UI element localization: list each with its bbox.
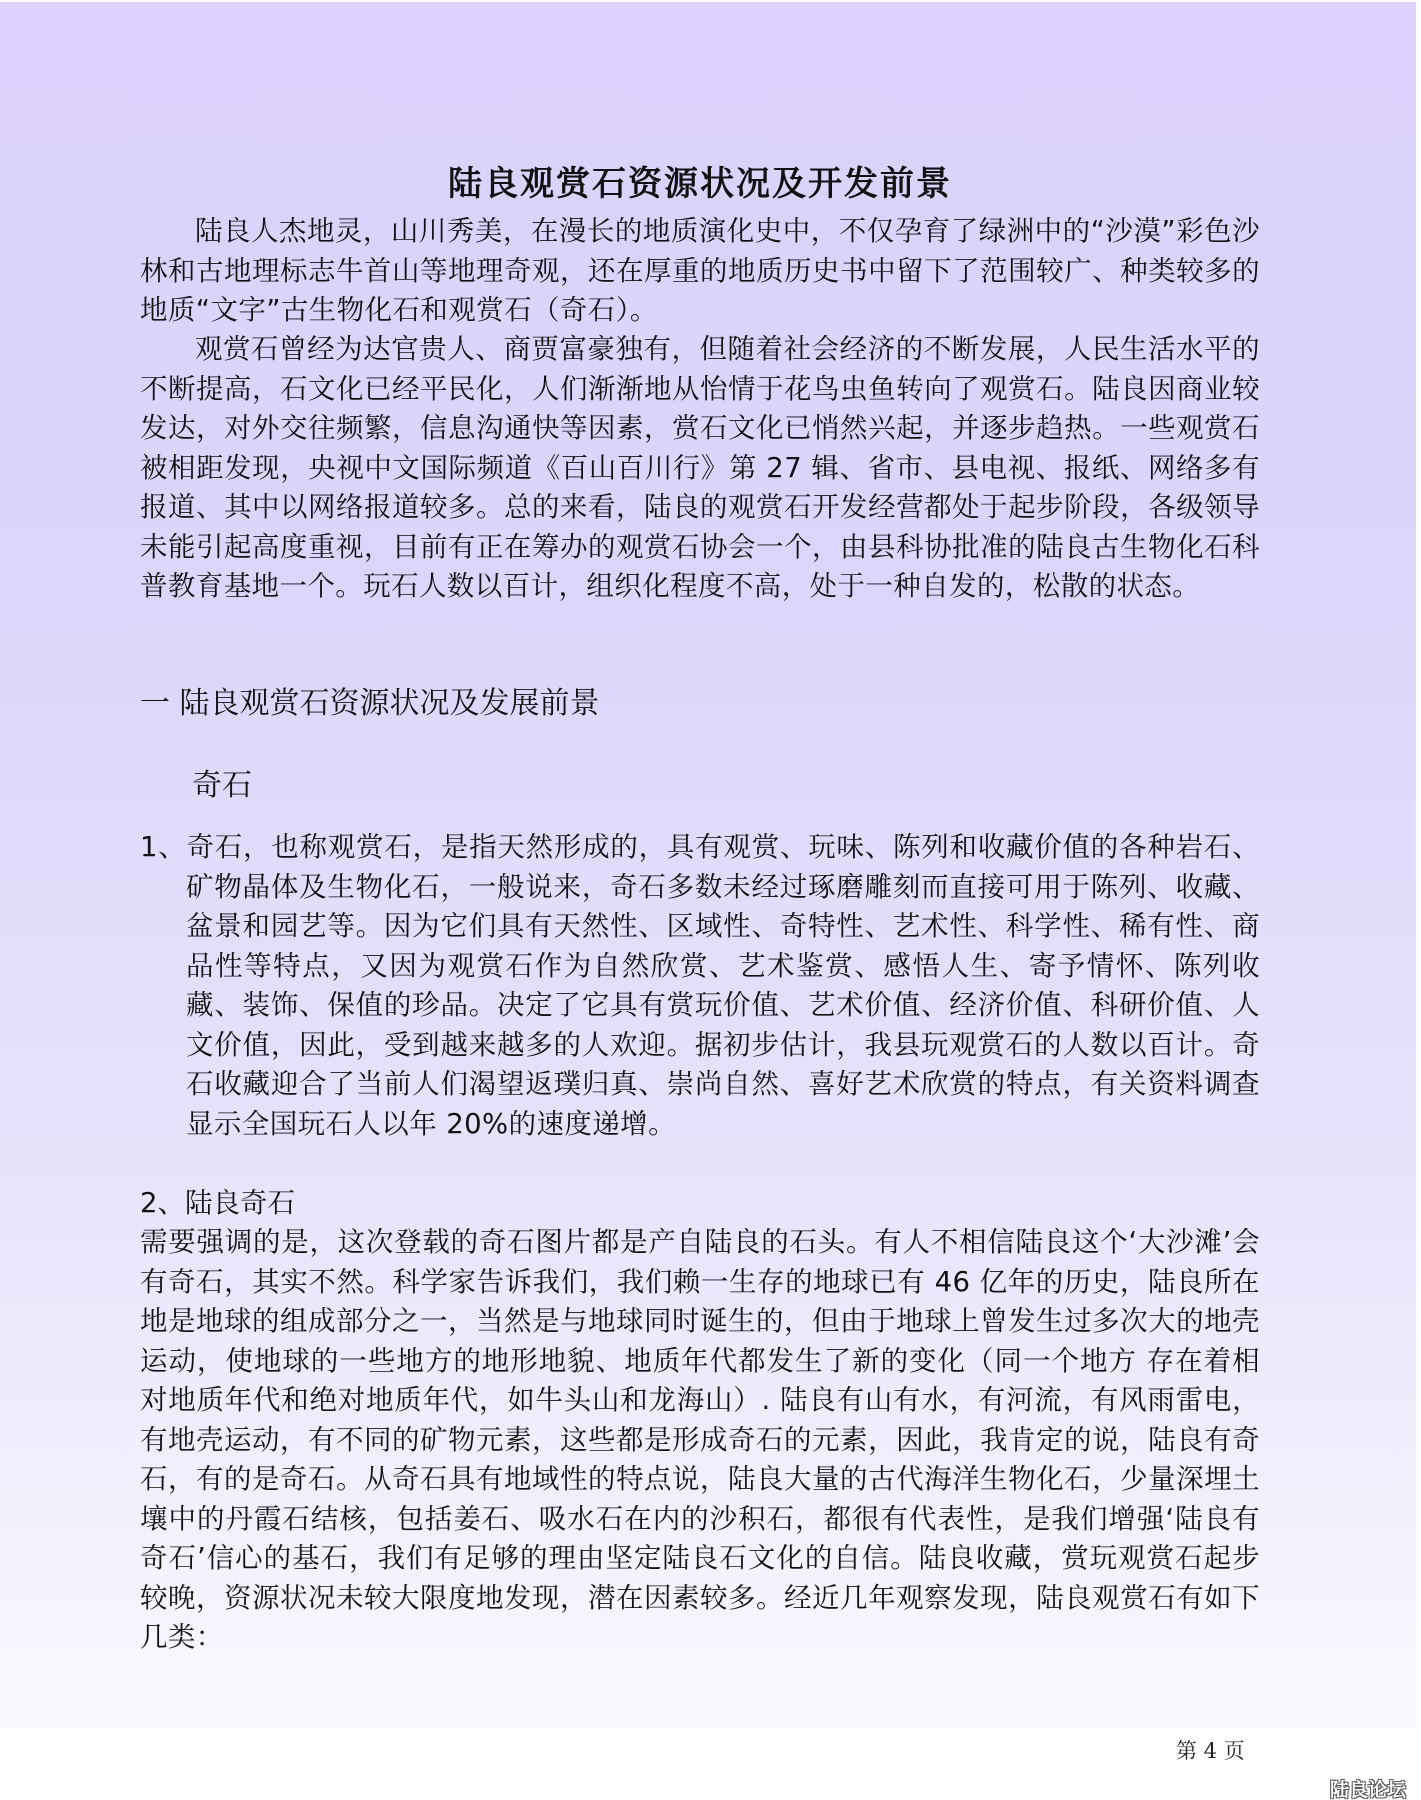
body-paragraph: 需要强调的是，这次登载的奇石图片都是产自陆良的石头。有人不相信陆良这个‘大沙滩’… (140, 1223, 1260, 1658)
intro-paragraph-2: 观赏石曾经为达官贵人、商贾富豪独有，但随着社会经济的不断发展，人民生活水平的不断… (140, 330, 1260, 607)
forum-watermark: 陆良论坛 (1330, 1775, 1406, 1800)
list-item-2-label: 2、陆良奇石 (140, 1184, 295, 1224)
section-heading: 一 陆良观赏石资源状况及发展前景 (140, 682, 600, 726)
list-item-1: 1、奇石，也称观赏石，是指天然形成的，具有观赏、玩味、陈列和收藏价值的各种岩石、… (140, 828, 1260, 1144)
document-title: 陆良观赏石资源状况及开发前景 (140, 160, 1260, 208)
intro-paragraph-1: 陆良人杰地灵，山川秀美，在漫长的地质演化史中，不仅孕育了绿洲中的“沙漠”彩色沙林… (140, 212, 1260, 331)
subsection-heading: 奇石 (192, 764, 252, 808)
page-number: 第 4 页 (1176, 1735, 1245, 1765)
